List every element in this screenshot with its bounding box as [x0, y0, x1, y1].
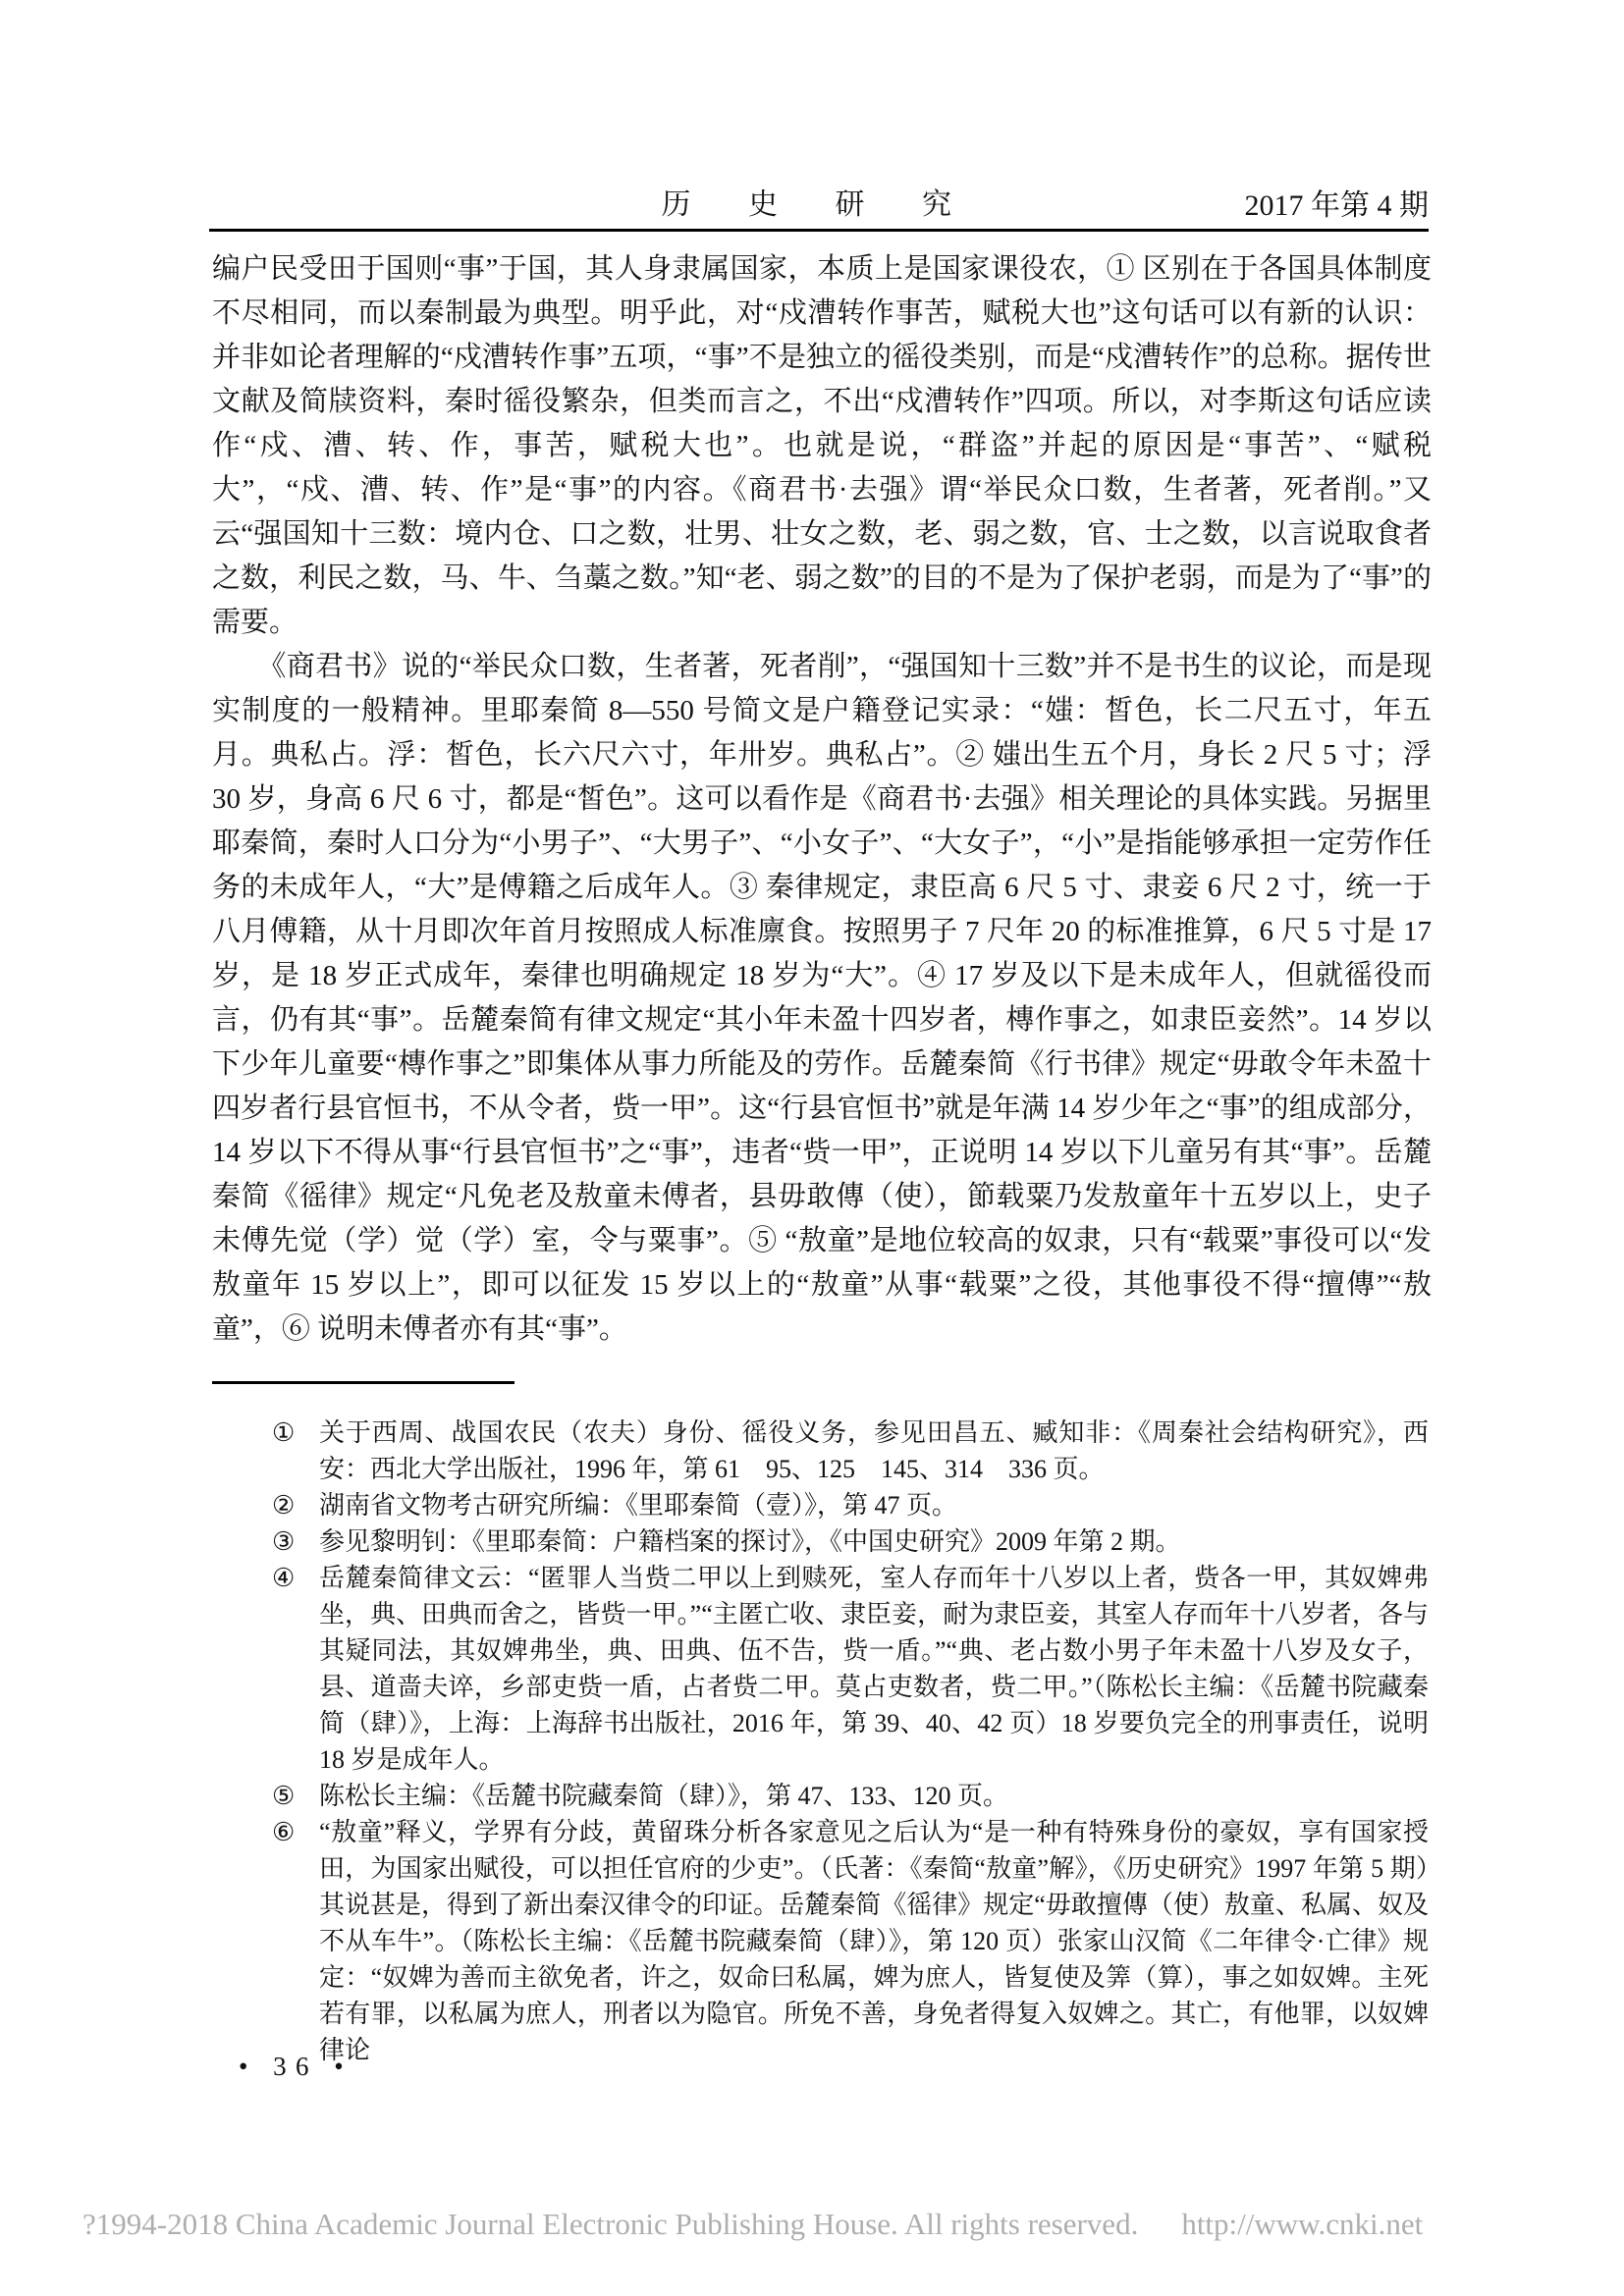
footnote-text: 参见黎明钊：《里耶秦简：户籍档案的探讨》，《中国史研究》2009 年第 2 期。 — [319, 1527, 1181, 1556]
article-body: 编户民受田于国则“事”于国，其人身隶属国家，本质上是国家课役农，① 区别在于各国… — [212, 247, 1432, 1352]
footnote-text: 湖南省文物考古研究所编：《里耶秦简（壹）》，第 47 页。 — [319, 1491, 957, 1520]
page-number: • 36 • — [239, 2052, 352, 2082]
footnote-item: ② 湖南省文物考古研究所编：《里耶秦简（壹）》，第 47 页。 — [272, 1487, 1429, 1523]
body-paragraph: 《商君书》说的“举民众口数，生者著，死者削”，“强国知十三数”并不是书生的议论，… — [212, 645, 1432, 1352]
issue-label: 2017 年第 4 期 — [1245, 181, 1430, 224]
watermark-text: ?1994-2018 China Academic Journal Electr… — [82, 2207, 1138, 2242]
footnote-text: 岳麓秦简律文云：“匿罪人当赀二甲以上到赎死，室人存而年十八岁以上者，赀各一甲，其… — [319, 1564, 1429, 1774]
footnote-item: ① 关于西周、战国农民（农夫）身份、徭役义务，参见田昌五、臧知非：《周秦社会结构… — [272, 1415, 1429, 1487]
footnote-marker: ③ — [272, 1523, 295, 1560]
footnote-item: ③ 参见黎明钊：《里耶秦简：户籍档案的探讨》，《中国史研究》2009 年第 2 … — [272, 1523, 1429, 1560]
header-rule — [209, 229, 1429, 232]
footnote-text: 陈松长主编：《岳麓书院藏秦简（肆）》，第 47、133、120 页。 — [319, 1782, 1008, 1810]
footnote-marker: ④ — [272, 1560, 295, 1596]
footnote-text: “敖童”释义，学界有分歧，黄留珠分析各家意见之后认为“是一种有特殊身份的豪奴，享… — [319, 1818, 1429, 2064]
footnote-marker: ⑤ — [272, 1778, 295, 1814]
watermark-url: http://www.cnki.net — [1181, 2207, 1423, 2242]
footnote-marker: ① — [272, 1415, 295, 1451]
footnote-item: ⑤ 陈松长主编：《岳麓书院藏秦简（肆）》，第 47、133、120 页。 — [272, 1778, 1429, 1814]
watermark: ?1994-2018 China Academic Journal Electr… — [82, 2207, 1526, 2242]
footnote-marker: ② — [272, 1487, 295, 1523]
page-header: 历 史 研 究 2017 年第 4 期 — [209, 180, 1429, 225]
footnote-item: ④ 岳麓秦简律文云：“匿罪人当赀二甲以上到赎死，室人存而年十八岁以上者，赀各一甲… — [272, 1560, 1429, 1778]
footnote-item: ⑥ “敖童”释义，学界有分歧，黄留珠分析各家意见之后认为“是一种有特殊身份的豪奴… — [272, 1814, 1429, 2068]
footnote-text: 关于西周、战国农民（农夫）身份、徭役义务，参见田昌五、臧知非：《周秦社会结构研究… — [319, 1418, 1429, 1483]
body-paragraph: 编户民受田于国则“事”于国，其人身隶属国家，本质上是国家课役农，① 区别在于各国… — [212, 247, 1432, 645]
footnote-divider — [212, 1381, 514, 1384]
journal-page: 历 史 研 究 2017 年第 4 期 编户民受田于国则“事”于国，其人身隶属国… — [0, 0, 1624, 2296]
footnote-marker: ⑥ — [272, 1814, 295, 1850]
footnotes-section: ① 关于西周、战国农民（农夫）身份、徭役义务，参见田昌五、臧知非：《周秦社会结构… — [272, 1415, 1429, 2068]
